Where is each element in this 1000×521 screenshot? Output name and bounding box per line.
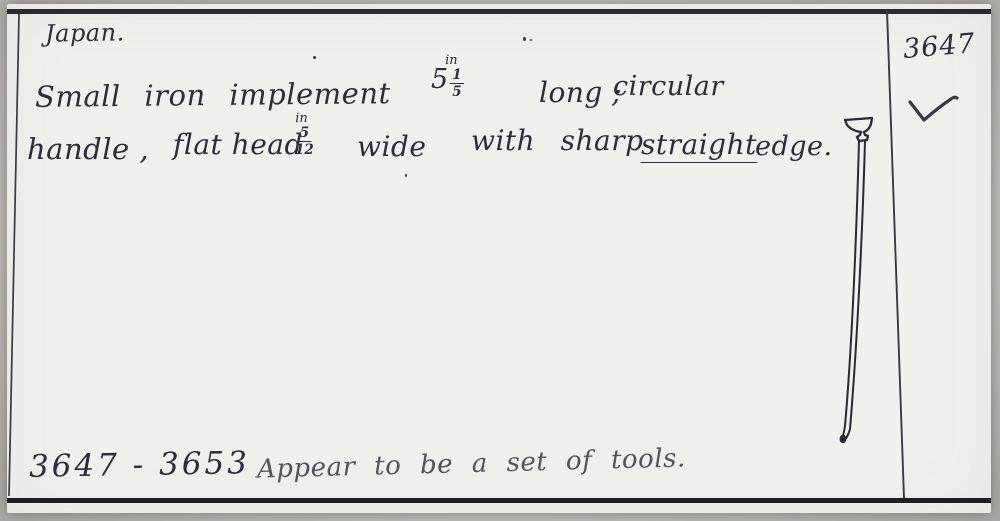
description-line1-text: Small iron implement <box>35 78 391 114</box>
description-line2-text3: wide <box>357 132 426 163</box>
description-line2-text4: with sharp <box>471 126 644 157</box>
description-line1-text2: long ; <box>539 78 622 109</box>
width-unit: in <box>295 112 308 125</box>
region-label: Japan. <box>45 19 125 47</box>
length-measurement: in 5 1 5 <box>431 54 464 99</box>
photo-background: Japan. 3647 Small iron implement in 5 1 … <box>0 0 1000 521</box>
tool-sketch <box>840 118 872 443</box>
tool-head <box>845 118 872 141</box>
width-fraction: 5 12 <box>295 126 314 157</box>
description-line2-text1: handle , <box>27 134 149 166</box>
catalog-number-range: 3647 - 3653 <box>29 446 251 484</box>
tool-shaft-left <box>841 141 859 441</box>
width-measurement: in 5 12 <box>295 112 314 157</box>
checkmark-icon <box>910 97 957 120</box>
ink-speck <box>530 39 532 41</box>
right-column-rule <box>887 10 904 498</box>
left-margin-rule <box>9 14 19 496</box>
description-line2-text2: flat head <box>173 130 303 161</box>
description-line1-text3: circular <box>613 72 724 102</box>
catalog-card: Japan. 3647 Small iron implement in 5 1 … <box>7 4 991 513</box>
description-line2-text6: edge. <box>755 132 833 162</box>
ink-speck <box>523 37 526 41</box>
ink-speck <box>313 56 316 59</box>
length-fraction: 1 5 <box>450 68 463 99</box>
tool-tip <box>840 435 847 443</box>
length-whole: 5 <box>431 68 448 92</box>
catalog-number: 3647 <box>902 29 977 65</box>
description-line2-underlined-word: straight <box>641 130 757 163</box>
ink-speck <box>405 174 407 177</box>
